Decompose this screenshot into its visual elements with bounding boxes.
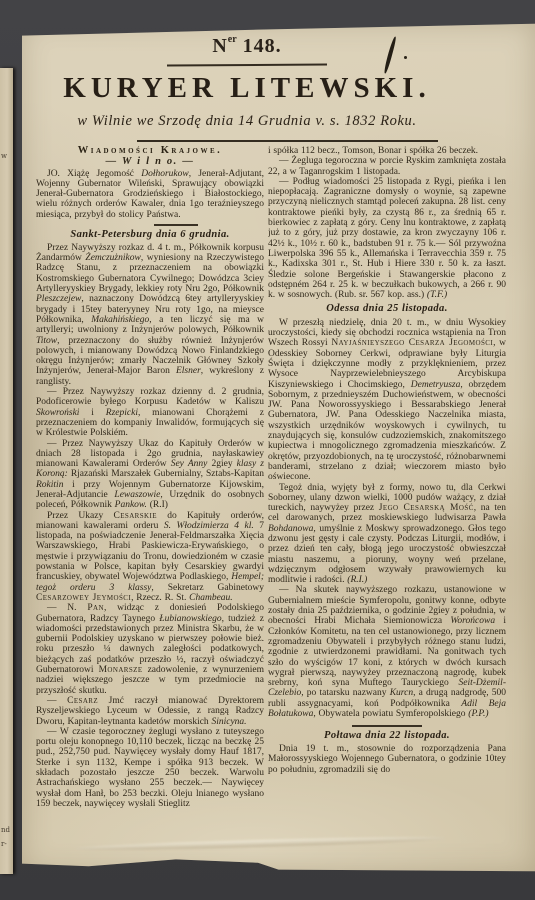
article-paragraph: — N. Pan, widząc z doniesień Podolskiego… xyxy=(36,603,264,696)
article-dateline: Sankt-Petersburg dnia 6 grudnia. xyxy=(36,230,264,240)
article-paragraph: — Podług wiadomości 25 listopada z Rygi,… xyxy=(268,177,506,301)
article-paragraph-continuation: i spółka 112 becz., Tomson, Bonar i spół… xyxy=(268,146,506,156)
left-text-column: Wiadomości Krajowe.— W i l n o. —JO. Xią… xyxy=(36,146,264,814)
article-dateline: Odessa dnia 25 listopada. xyxy=(268,304,506,314)
article-paragraph: — Żegluga tegoroczna w porcie Ryskim zam… xyxy=(268,156,506,177)
article-paragraph: — Cesarz Jmć raczył mianować Dyrektorem … xyxy=(36,696,264,727)
issue-number-prefix: N xyxy=(212,35,227,57)
article-paragraph: — Na skutek naywyższego rozkazu, ustanow… xyxy=(268,585,506,719)
masthead-rule-bottom xyxy=(137,140,438,142)
article-paragraph: Przez Ukazy Cesarskie do Kapituły orderó… xyxy=(36,511,264,604)
adjacent-page-text-fragment: nd xyxy=(1,826,10,834)
divider-rule xyxy=(352,725,422,727)
scanned-newspaper-page: w nd r- Ner 148. KURYER LITEWSKI. w Wiln… xyxy=(0,0,535,900)
adjacent-page-sliver: w nd r- xyxy=(0,68,13,874)
article-paragraph: — Przez Naywyższy Ukaz do Kapituły Order… xyxy=(36,439,264,511)
issue-number: Ner 148. xyxy=(0,34,494,58)
adjacent-page-text-fragment: r- xyxy=(1,840,7,848)
article-paragraph: JO. Xiążę Jegomość Dołhorukow, Jenerał-A… xyxy=(36,169,264,220)
issue-number-value: 148. xyxy=(237,35,282,57)
article-paragraph: Tegoż dnia, wyjęty był z formy, nowo tu,… xyxy=(268,483,506,586)
article-paragraph: — Przez Naywyższy rozkaz dzienny d. 2 gr… xyxy=(36,387,264,438)
article-paragraph: Przez Naywyższy rozkaz d. 4 t. m., Półko… xyxy=(36,243,264,387)
adjacent-page-text-fragment: w xyxy=(1,152,7,160)
divider-rule xyxy=(154,224,198,226)
article-paragraph: W przeszłą niedzielę, dnia 20 t. m., w d… xyxy=(268,318,506,483)
subsection-header: — W i l n o. — xyxy=(36,157,264,167)
section-header: Wiadomości Krajowe. xyxy=(36,146,264,156)
right-text-column: i spółka 112 becz., Tomson, Bonar i spół… xyxy=(268,146,506,814)
article-dateline: Połtawa dnia 22 listopada. xyxy=(268,731,506,741)
issue-number-superscript: er xyxy=(228,34,237,45)
newspaper-title: KURYER LITEWSKI. xyxy=(0,72,494,105)
article-paragraph: Dnia 19 t. m., stosownie do rozporządzen… xyxy=(268,744,506,775)
masthead-dateline: w Wilnie we Srzodę dnia 14 Grudnia v. s.… xyxy=(0,113,494,130)
article-paragraph: — W czasie tegoroczney żeglugi wysłano z… xyxy=(36,727,264,809)
handwritten-ink-dot xyxy=(404,56,407,59)
